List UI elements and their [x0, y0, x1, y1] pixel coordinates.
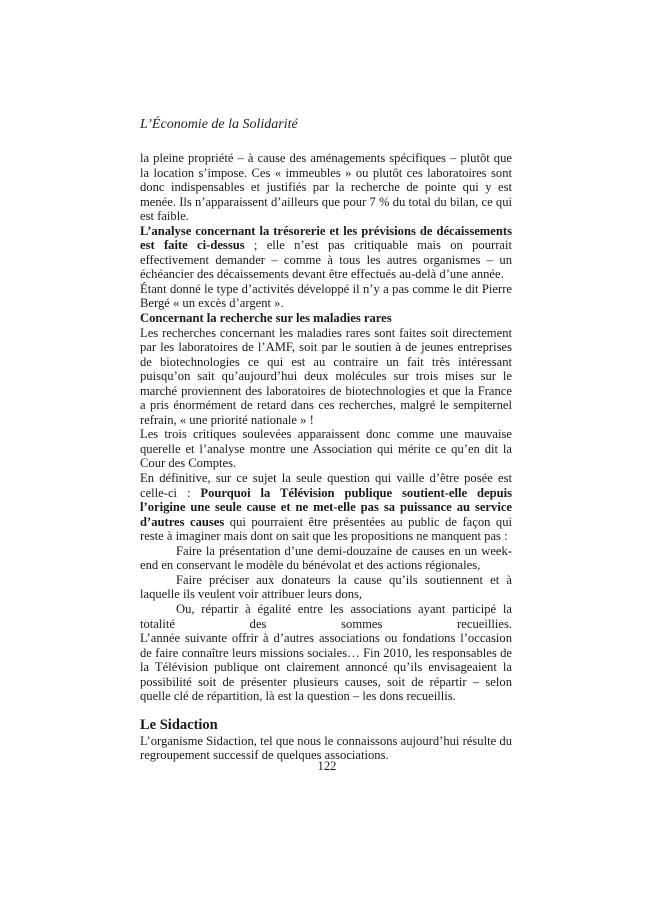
subheading-rare-diseases: Concernant la recherche sur les maladies…	[140, 311, 512, 326]
paragraph-berge: Étant donné le type d’activités développ…	[140, 282, 512, 311]
paragraph-critiques: Les trois critiques soulevées apparaisse…	[140, 427, 512, 471]
paragraph-property: la pleine propriété – à cause des aménag…	[140, 151, 512, 224]
proposal-item: Faire la présentation d’une demi-douzain…	[140, 544, 512, 573]
paragraph-question: En définitive, sur ce sujet la seule que…	[140, 471, 512, 544]
page-number: 122	[0, 758, 650, 774]
paragraph-rare-diseases: Les recherches concernant les maladies r…	[140, 326, 512, 428]
proposal-item: Ou, répartir à égalité entre les associa…	[140, 602, 512, 631]
paragraph-following-year: L’année suivante offrir à d’autres assoc…	[140, 631, 512, 704]
running-header: L’Économie de la Solidarité	[140, 116, 298, 134]
paragraph-treasury: L’analyse concernant la trésorerie et le…	[140, 224, 512, 282]
book-page: L’Économie de la Solidarité la pleine pr…	[0, 0, 650, 920]
section-heading-sidaction: Le Sidaction	[140, 717, 512, 733]
proposal-item: Faire préciser aux donateurs la cause qu…	[140, 573, 512, 602]
body-text: la pleine propriété – à cause des aménag…	[140, 151, 512, 763]
